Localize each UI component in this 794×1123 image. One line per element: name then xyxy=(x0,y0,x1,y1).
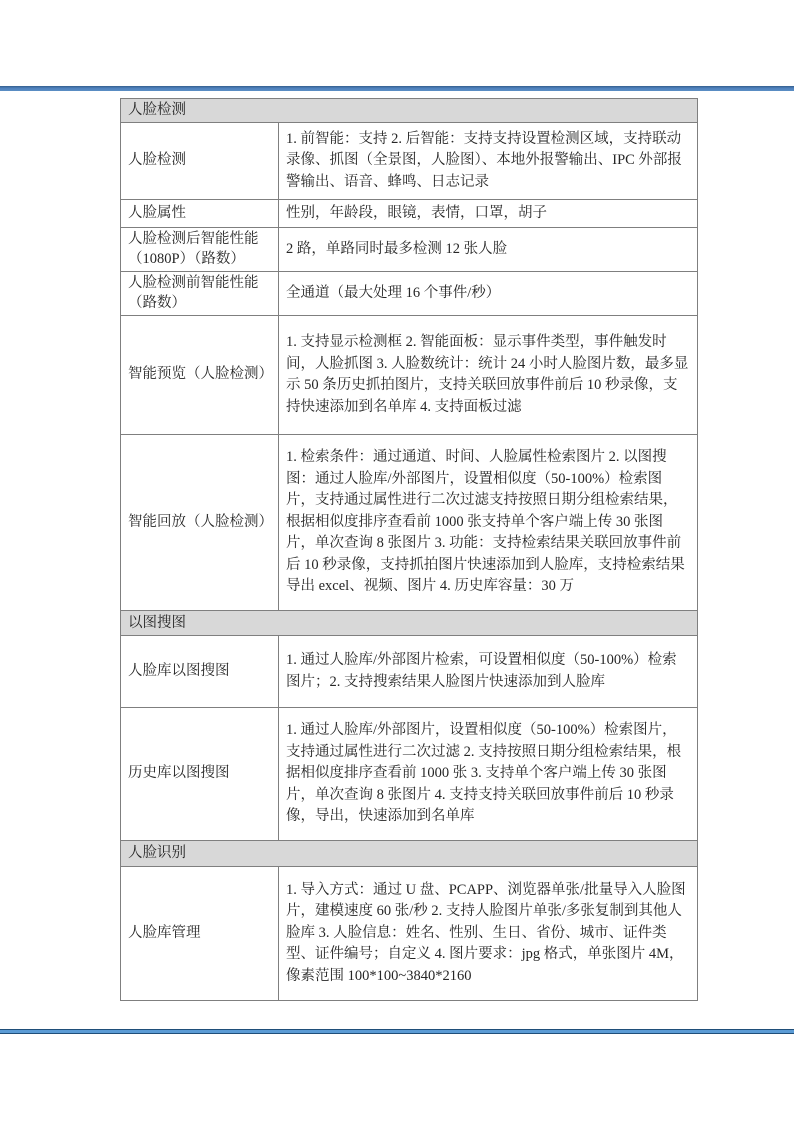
row-label: 历史库以图搜图 xyxy=(121,708,279,841)
row-smart-preview: 智能预览（人脸检测） 1. 支持显示检测框 2. 智能面板：显示事件类型，事件触… xyxy=(121,316,698,435)
top-horizontal-rule xyxy=(0,86,794,91)
row-label: 人脸检测后智能性能（1080P）（路数） xyxy=(121,228,279,272)
section-row-face-detection: 人脸检测 xyxy=(121,99,698,123)
row-post-intelligence-performance: 人脸检测后智能性能（1080P）（路数） 2 路，单路同时最多检测 12 张人脸 xyxy=(121,228,698,272)
row-history-db-search-by-image: 历史库以图搜图 1. 通过人脸库/外部图片，设置相似度（50-100%）检索图片… xyxy=(121,708,698,841)
row-value: 全通道（最大处理 16 个事件/秒） xyxy=(279,272,698,316)
row-pre-intelligence-performance: 人脸检测前智能性能（路数） 全通道（最大处理 16 个事件/秒） xyxy=(121,272,698,316)
row-value: 1. 支持显示检测框 2. 智能面板：显示事件类型，事件触发时间，人脸抓图 3.… xyxy=(279,316,698,435)
section-header-label: 人脸识别 xyxy=(121,841,698,867)
row-label: 智能回放（人脸检测） xyxy=(121,435,279,611)
row-face-detection: 人脸检测 1. 前智能：支持 2. 后智能：支持支持设置检测区域，支持联动录像、… xyxy=(121,123,698,200)
row-value: 1. 导入方式：通过 U 盘、PCAPP、浏览器单张/批量导入人脸图片，建模速度… xyxy=(279,867,698,1001)
row-face-db-management: 人脸库管理 1. 导入方式：通过 U 盘、PCAPP、浏览器单张/批量导入人脸图… xyxy=(121,867,698,1001)
section-row-search-by-image: 以图搜图 xyxy=(121,611,698,636)
row-smart-playback: 智能回放（人脸检测） 1. 检索条件：通过通道、时间、人脸属性检索图片 2. 以… xyxy=(121,435,698,611)
row-label: 人脸检测 xyxy=(121,123,279,200)
row-value: 1. 通过人脸库/外部图片，设置相似度（50-100%）检索图片，支持通过属性进… xyxy=(279,708,698,841)
row-face-db-search-by-image: 人脸库以图搜图 1. 通过人脸库/外部图片检索，可设置相似度（50-100%）检… xyxy=(121,636,698,708)
bottom-horizontal-rule xyxy=(0,1029,794,1034)
spec-table: 人脸检测 人脸检测 1. 前智能：支持 2. 后智能：支持支持设置检测区域，支持… xyxy=(120,98,698,1001)
section-header-label: 人脸检测 xyxy=(121,99,698,123)
section-row-face-recognition: 人脸识别 xyxy=(121,841,698,867)
row-label: 人脸库以图搜图 xyxy=(121,636,279,708)
row-label: 人脸检测前智能性能（路数） xyxy=(121,272,279,316)
row-value: 2 路，单路同时最多检测 12 张人脸 xyxy=(279,228,698,272)
row-label: 人脸库管理 xyxy=(121,867,279,1001)
row-value: 1. 检索条件：通过通道、时间、人脸属性检索图片 2. 以图搜图：通过人脸库/外… xyxy=(279,435,698,611)
section-header-label: 以图搜图 xyxy=(121,611,698,636)
row-label: 智能预览（人脸检测） xyxy=(121,316,279,435)
row-value: 1. 通过人脸库/外部图片检索，可设置相似度（50-100%）检索图片；2. 支… xyxy=(279,636,698,708)
row-value: 性别，年龄段，眼镜，表情，口罩，胡子 xyxy=(279,200,698,228)
row-label: 人脸属性 xyxy=(121,200,279,228)
row-face-attributes: 人脸属性 性别，年龄段，眼镜，表情，口罩，胡子 xyxy=(121,200,698,228)
row-value: 1. 前智能：支持 2. 后智能：支持支持设置检测区域，支持联动录像、抓图（全景… xyxy=(279,123,698,200)
